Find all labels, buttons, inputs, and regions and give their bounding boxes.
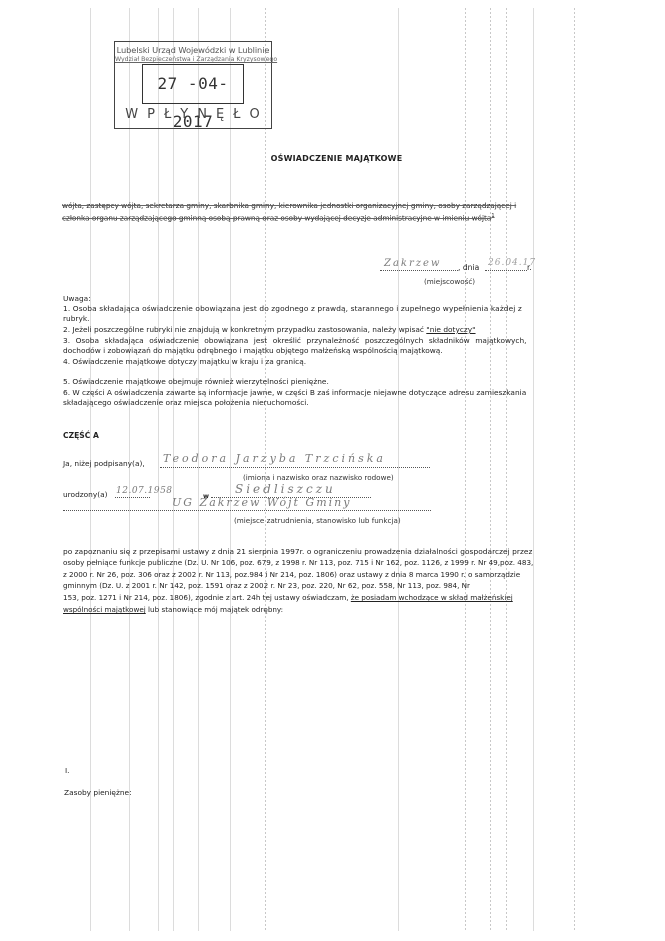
legal-line-5-text: 153, poz. 1271 i Nr 214, poz. 1806), zgo… [63, 593, 349, 602]
scan-artifact-line [158, 8, 159, 931]
scan-artifact-line [506, 8, 507, 931]
stamp-date: 27 -04- 2017 [142, 64, 244, 104]
subtitle-text-1: wójta, zastępcy wójta, sekretarza gminy,… [62, 201, 516, 210]
born-label: urodzony(a) [63, 490, 108, 500]
not-applicable-text: "nie dotyczy" [426, 325, 475, 334]
scan-artifact-line [490, 8, 491, 931]
born-date-value[interactable]: 12.07.1958 [116, 486, 173, 496]
signed-label: Ja, niżej podpisany(a), [63, 459, 145, 469]
legal-line-5: 153, poz. 1271 i Nr 214, poz. 1806), zgo… [63, 593, 513, 603]
scan-artifact-line [533, 8, 534, 931]
section-1-numeral: I. [65, 766, 70, 776]
scan-artifact-line [173, 8, 174, 931]
stamp-received-label: WPŁYNĘŁO [115, 107, 271, 122]
signed-caption: (imiona i nazwisko oraz nazwisko rodowe) [243, 473, 394, 482]
note-5: 5. Oświadczenie majątkowe obejmuje równi… [63, 377, 329, 387]
section-1-heading: Zasoby pieniężne: [64, 788, 132, 798]
r-label: r. [527, 263, 532, 273]
employment-caption: (miejsce zatrudnienia, stanowisko lub fu… [234, 516, 401, 525]
legal-line-4: gminnym (Dz. U. z 2001 r. Nr 142, poz. 1… [63, 581, 470, 591]
note-1-cont: rubryk. [63, 314, 89, 324]
subtitle-text-2: członka organu zarządzającego gminną oso… [62, 213, 491, 222]
note-4: 4. Oświadczenie majątkowe dotyczy majątk… [63, 357, 306, 367]
employment-value[interactable]: UG Zakrzew Wójt Gminy [172, 496, 351, 509]
note-2: 2. Jeżeli poszczególne rubryki nie znajd… [63, 325, 476, 335]
scan-artifact-line [198, 8, 199, 931]
born-date-line [115, 497, 150, 498]
scan-artifact-line [398, 8, 399, 931]
stamp-office: Lubelski Urząd Wojewódzki w Lublinie [115, 45, 271, 55]
legal-underlined-phrase-2: wspólności majątkowej [63, 605, 146, 614]
place-field-line [380, 270, 458, 271]
legal-line-1: po zapoznaniu się z przepisami ustawy z … [63, 547, 532, 557]
signed-field-line [160, 467, 430, 468]
legal-line-6: wspólności majątkowej lub stanowiące mój… [63, 605, 283, 615]
place-field-value[interactable]: Zakrzew [384, 258, 442, 269]
note-3: 3. Osoba składająca oświadczenie obowiąz… [63, 336, 526, 346]
scan-artifact-line [230, 8, 231, 931]
notes-heading: Uwaga: [63, 294, 91, 304]
footnote-marker: 1 [491, 213, 494, 219]
dnia-label: , dnia [458, 263, 479, 273]
stamp-department: Wydział Bezpieczeństwa i Zarządzania Kry… [115, 56, 271, 63]
note-1: 1. Osoba składająca oświadczenie obowiąz… [63, 304, 522, 314]
document-title: OŚWIADCZENIE MAJĄTKOWE [0, 154, 665, 163]
born-place-value[interactable]: Siedliszczu [235, 482, 336, 496]
legal-underlined-phrase-1: że posiadam wchodzące w skład małżeńskie… [351, 593, 513, 602]
scan-artifact-line [574, 8, 575, 931]
scan-artifact-line [265, 8, 266, 931]
note-2-text: 2. Jeżeli poszczególne rubryki nie znajd… [63, 325, 424, 334]
subtitle-line-2: członka organu zarządzającego gminną oso… [62, 211, 495, 223]
note-6-cont: składającego oświadczenie oraz miejsca p… [63, 398, 309, 408]
received-stamp: Lubelski Urząd Wojewódzki w Lublinie Wyd… [114, 41, 272, 129]
employment-line [63, 510, 431, 511]
scan-artifact-line [465, 8, 466, 931]
legal-line-6-text: lub stanowiące mój majątek odrębny: [148, 605, 283, 614]
subtitle-line-1: wójta, zastępcy wójta, sekretarza gminy,… [62, 201, 516, 211]
signed-field-value[interactable]: Teodora Jarzyba Trzcińska [163, 452, 386, 465]
legal-line-3: z 2000 r. Nr 26, poz. 306 oraz z 2002 r.… [63, 570, 520, 580]
place-caption: (miejscowość) [424, 277, 475, 286]
note-6: 6. W części A oświadczenia zawarte są in… [63, 388, 526, 398]
date-field-line [485, 270, 527, 271]
legal-line-2: osoby pełniące funkcje publiczne (Dz. U.… [63, 558, 533, 568]
part-a-heading: CZĘŚĆ A [63, 431, 99, 441]
note-3-cont: dochodów i zobowiązań do majątku odrębne… [63, 346, 443, 356]
